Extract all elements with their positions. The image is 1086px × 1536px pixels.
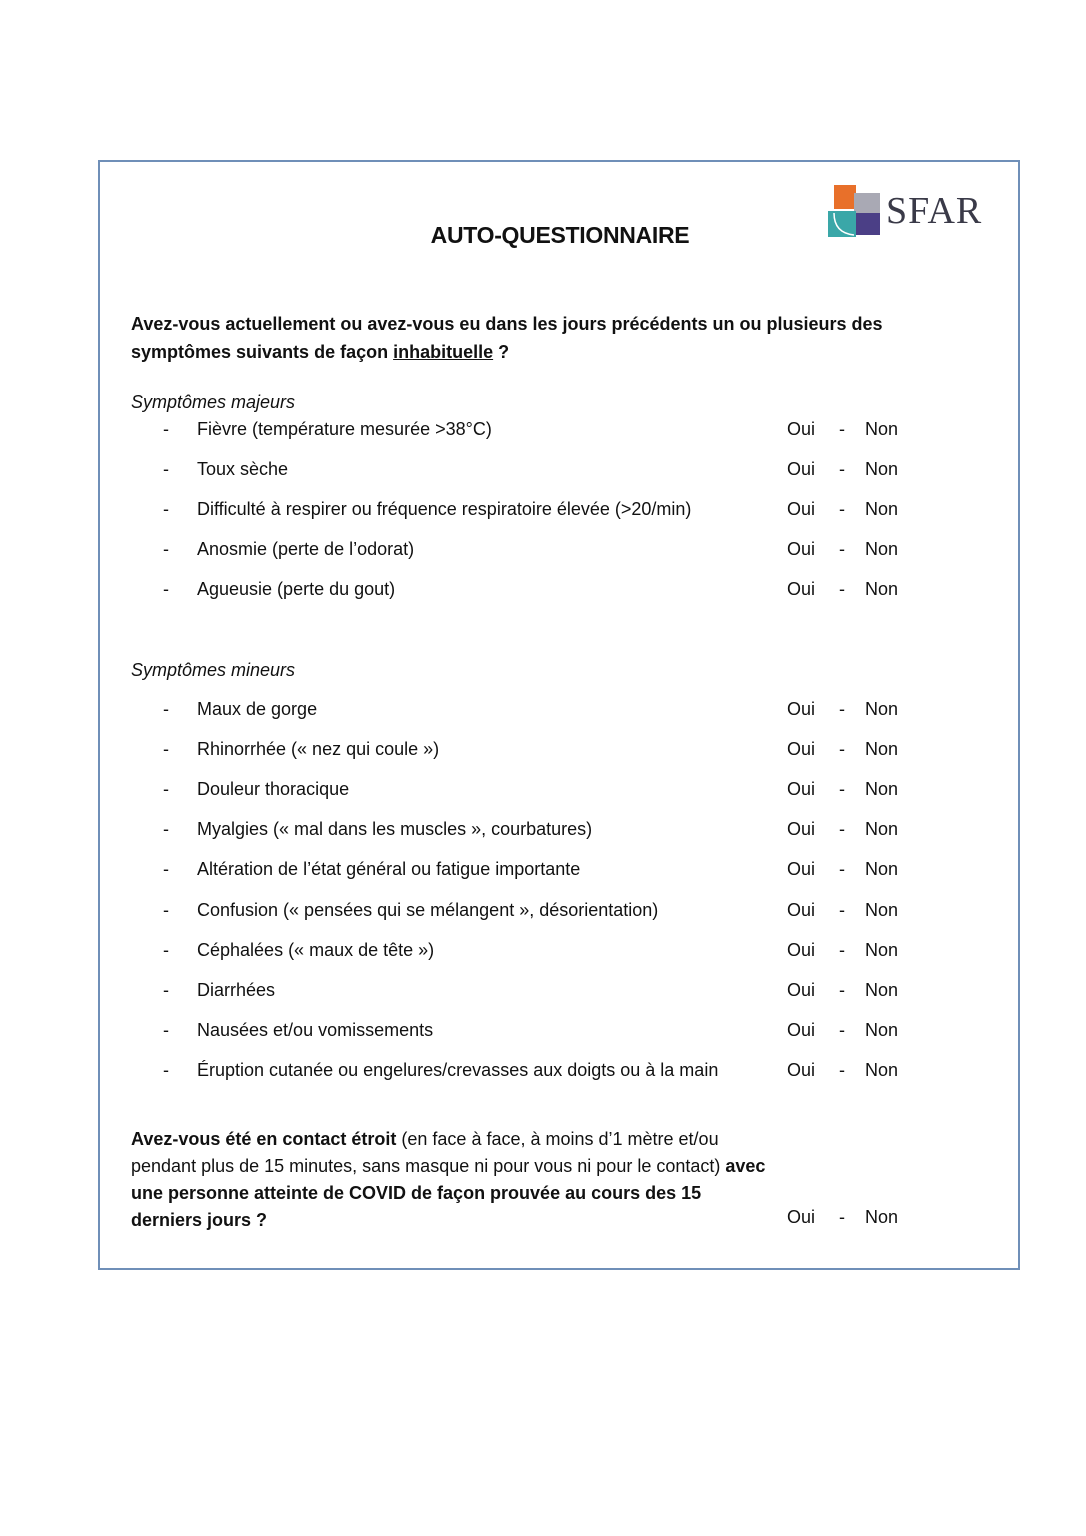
symptom-label: Nausées et/ou vomissements bbox=[197, 1020, 433, 1041]
answer-no[interactable]: Non bbox=[865, 980, 898, 1001]
answer-yes[interactable]: Oui bbox=[787, 459, 815, 480]
answer-no[interactable]: Non bbox=[865, 900, 898, 921]
symptom-row: -Agueusie (perte du gout)Oui-Non bbox=[131, 579, 931, 605]
answer-separator: - bbox=[839, 859, 845, 880]
list-dash: - bbox=[163, 459, 169, 480]
answer-yes[interactable]: Oui bbox=[787, 1060, 815, 1081]
symptom-row: -Altération de l’état général ou fatigue… bbox=[131, 859, 931, 885]
symptom-label: Confusion (« pensées qui se mélangent »,… bbox=[197, 900, 658, 921]
answer-separator: - bbox=[839, 980, 845, 1001]
answer-yes[interactable]: Oui bbox=[787, 699, 815, 720]
symptom-row: -Maux de gorgeOui-Non bbox=[131, 699, 931, 725]
question-contact: Avez-vous été en contact étroit (en face… bbox=[131, 1126, 771, 1234]
list-dash: - bbox=[163, 940, 169, 961]
answer-separator: - bbox=[839, 419, 845, 440]
answer-yes[interactable]: Oui bbox=[787, 499, 815, 520]
answer-no[interactable]: Non bbox=[865, 539, 898, 560]
list-dash: - bbox=[163, 499, 169, 520]
answer-yes[interactable]: Oui bbox=[787, 579, 815, 600]
list-dash: - bbox=[163, 859, 169, 880]
section-minor-heading: Symptômes mineurs bbox=[131, 660, 295, 681]
symptom-row: -Rhinorrhée (« nez qui coule »)Oui-Non bbox=[131, 739, 931, 765]
list-dash: - bbox=[163, 419, 169, 440]
symptom-row: -Douleur thoraciqueOui-Non bbox=[131, 779, 931, 805]
list-dash: - bbox=[163, 1020, 169, 1041]
answer-separator: - bbox=[839, 819, 845, 840]
symptom-row: -DiarrhéesOui-Non bbox=[131, 980, 931, 1006]
answer-no[interactable]: Non bbox=[865, 1207, 898, 1228]
symptom-row: -Toux sècheOui-Non bbox=[131, 459, 931, 485]
answer-yes[interactable]: Oui bbox=[787, 900, 815, 921]
list-dash: - bbox=[163, 539, 169, 560]
answer-separator: - bbox=[839, 539, 845, 560]
answer-separator: - bbox=[839, 940, 845, 961]
list-dash: - bbox=[163, 1060, 169, 1081]
symptom-label: Douleur thoracique bbox=[197, 779, 349, 800]
answer-no[interactable]: Non bbox=[865, 819, 898, 840]
symptom-row: -Anosmie (perte de l’odorat)Oui-Non bbox=[131, 539, 931, 565]
answer-yes[interactable]: Oui bbox=[787, 819, 815, 840]
answer-no[interactable]: Non bbox=[865, 699, 898, 720]
answer-yes[interactable]: Oui bbox=[787, 1020, 815, 1041]
list-dash: - bbox=[163, 699, 169, 720]
answer-no[interactable]: Non bbox=[865, 1060, 898, 1081]
answer-separator: - bbox=[839, 1207, 845, 1228]
list-dash: - bbox=[163, 980, 169, 1001]
answer-separator: - bbox=[839, 779, 845, 800]
answer-yes[interactable]: Oui bbox=[787, 1207, 815, 1228]
answer-separator: - bbox=[839, 739, 845, 760]
answer-yes[interactable]: Oui bbox=[787, 419, 815, 440]
symptom-label: Céphalées (« maux de tête ») bbox=[197, 940, 434, 961]
answer-separator: - bbox=[839, 699, 845, 720]
list-dash: - bbox=[163, 579, 169, 600]
list-dash: - bbox=[163, 779, 169, 800]
symptom-row: -Nausées et/ou vomissementsOui-Non bbox=[131, 1020, 931, 1046]
list-dash: - bbox=[163, 900, 169, 921]
answer-separator: - bbox=[839, 1020, 845, 1041]
symptom-row: -Difficulté à respirer ou fréquence resp… bbox=[131, 499, 931, 525]
answer-yes[interactable]: Oui bbox=[787, 859, 815, 880]
answer-yes[interactable]: Oui bbox=[787, 739, 815, 760]
answer-no[interactable]: Non bbox=[865, 779, 898, 800]
answer-no[interactable]: Non bbox=[865, 499, 898, 520]
section-major-heading: Symptômes majeurs bbox=[131, 392, 295, 413]
answer-no[interactable]: Non bbox=[865, 419, 898, 440]
symptom-label: Altération de l’état général ou fatigue … bbox=[197, 859, 580, 880]
answer-separator: - bbox=[839, 499, 845, 520]
symptom-label: Difficulté à respirer ou fréquence respi… bbox=[197, 499, 691, 520]
symptom-label: Rhinorrhée (« nez qui coule ») bbox=[197, 739, 439, 760]
symptom-label: Anosmie (perte de l’odorat) bbox=[197, 539, 414, 560]
symptom-label: Toux sèche bbox=[197, 459, 288, 480]
answer-no[interactable]: Non bbox=[865, 940, 898, 961]
answer-no[interactable]: Non bbox=[865, 859, 898, 880]
answer-separator: - bbox=[839, 900, 845, 921]
symptom-row: -Céphalées (« maux de tête »)Oui-Non bbox=[131, 940, 931, 966]
symptom-row: -Myalgies (« mal dans les muscles », cou… bbox=[131, 819, 931, 845]
answer-yes[interactable]: Oui bbox=[787, 779, 815, 800]
answer-separator: - bbox=[839, 579, 845, 600]
symptom-label: Myalgies (« mal dans les muscles », cour… bbox=[197, 819, 592, 840]
answer-yes[interactable]: Oui bbox=[787, 539, 815, 560]
symptom-label: Fièvre (température mesurée >38°C) bbox=[197, 419, 492, 440]
symptom-label: Diarrhées bbox=[197, 980, 275, 1001]
symptom-row: -Éruption cutanée ou engelures/crevasses… bbox=[131, 1060, 931, 1086]
answer-no[interactable]: Non bbox=[865, 579, 898, 600]
symptom-label: Agueusie (perte du gout) bbox=[197, 579, 395, 600]
list-dash: - bbox=[163, 819, 169, 840]
answer-yes[interactable]: Oui bbox=[787, 940, 815, 961]
answer-separator: - bbox=[839, 1060, 845, 1081]
answer-no[interactable]: Non bbox=[865, 1020, 898, 1041]
symptom-row: -Fièvre (température mesurée >38°C)Oui-N… bbox=[131, 419, 931, 445]
question-symptoms: Avez-vous actuellement ou avez-vous eu d… bbox=[131, 310, 951, 366]
answer-yes[interactable]: Oui bbox=[787, 980, 815, 1001]
symptom-row: -Confusion (« pensées qui se mélangent »… bbox=[131, 900, 931, 926]
list-dash: - bbox=[163, 739, 169, 760]
answer-no[interactable]: Non bbox=[865, 459, 898, 480]
symptom-label: Éruption cutanée ou engelures/crevasses … bbox=[197, 1060, 718, 1081]
page-title: AUTO-QUESTIONNAIRE bbox=[0, 222, 1086, 249]
answer-no[interactable]: Non bbox=[865, 739, 898, 760]
symptom-label: Maux de gorge bbox=[197, 699, 317, 720]
answer-separator: - bbox=[839, 459, 845, 480]
